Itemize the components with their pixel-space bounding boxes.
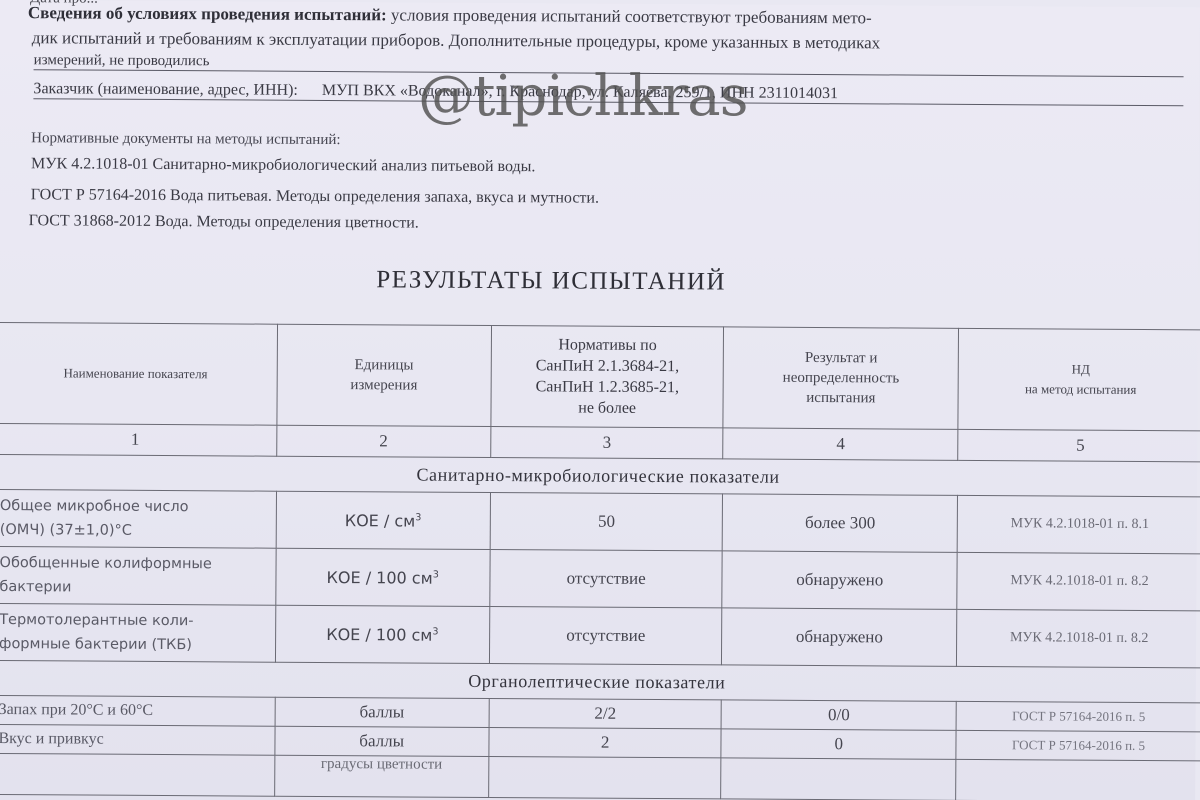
norm-cell: 2/2 [489,699,722,729]
normative-doc-item: ГОСТ 31868-2012 Вода. Методы определения… [29,212,419,232]
unit-text: КОЕ / 100 см [327,568,433,588]
normative-docs-title: Нормативные документы на методы испытани… [31,130,341,149]
unit-cell: КОЕ / см3 [276,491,491,549]
result-cell: 0 [721,729,956,759]
header-norms: Нормативы по СанПиН 2.1.3684-21, СанПиН … [491,326,724,428]
customer-label: Заказчик (наименование, адрес, ИНН): [33,80,298,99]
unit-text: КОЕ / см [345,511,416,530]
indicator-name-line: (ОМЧ) (37±1,0)°С [0,518,269,544]
unit-cell: КОЕ / 100 см3 [275,605,490,663]
indicator-name: Термотолерантные коли- формные бактерии … [0,603,275,662]
header-norms-line: СанПиН 1.2.3685-21, [497,376,717,398]
result-cell: обнаружено [722,551,957,609]
table-row: Обобщенные колиформные бактерии КОЕ / 10… [0,546,1200,610]
unit-cell: баллы [275,697,489,727]
norm-cell: отсутствие [489,607,722,665]
indicator-name-line: Общее микробное число [0,494,270,520]
norm-cell: 2 [489,728,722,758]
indicator-name: Общее микробное число (ОМЧ) (37±1,0)°С [0,489,276,548]
norm-cell: отсутствие [490,550,723,608]
method-cell [956,759,1200,800]
header-result-line: испытания [730,387,952,408]
unit-cell: КОЕ / 100 см3 [275,548,490,606]
indicator-name-line: Обобщенные колиформные [0,551,269,577]
result-cell: обнаружено [722,608,957,666]
header-indicator-name: Наименование показателя [0,322,277,425]
indicator-name-line: формные бактерии (ТКБ) [0,632,269,658]
header-norms-line: не более [497,397,717,419]
column-number: 4 [723,428,958,460]
unit-sup: 3 [415,512,421,523]
header-norms-line: СанПиН 2.1.3684-21, [498,355,718,377]
conditions-line-1: Сведения об условиях проведения испытани… [28,3,872,28]
method-cell: МУК 4.2.1018-01 п. 8.2 [957,609,1200,667]
conditions-text-1: условия проведения испытаний соответству… [387,5,872,27]
header-units-line: Единицы [283,355,484,376]
method-cell: МУК 4.2.1018-01 п. 8.2 [957,552,1200,610]
header-method-line: на метод испытания [965,379,1197,400]
result-cell: 0/0 [722,700,957,730]
method-cell: ГОСТ Р 57164-2016 п. 5 [956,701,1200,731]
header-units: Единицы измерения [277,324,492,426]
header-norms-line: Нормативы по [498,334,718,356]
method-cell: ГОСТ Р 57164-2016 п. 5 [956,730,1200,760]
normative-doc-item: ГОСТ Р 57164-2016 Вода питьевая. Методы … [31,186,599,207]
indicator-name: Запах при 20°С и 60°С [0,695,275,726]
unit-cell: баллы [275,726,489,756]
indicator-name: Вкус и привкус [0,724,275,755]
header-method: НД на метод испытания [958,328,1200,430]
result-cell: более 300 [723,494,958,552]
indicator-name-line: бактерии [0,575,269,601]
column-number: 5 [958,429,1200,461]
indicator-name: Обобщенные колиформные бактерии [0,546,276,605]
indicator-name-line: Термотолерантные коли- [0,608,269,634]
header-result: Результат и неопределенность испытания [723,327,958,429]
conditions-line-2: дик испытаний и требованиям к эксплуатац… [32,28,881,53]
indicator-name [0,753,275,796]
column-number: 1 [0,423,277,456]
table-row: Общее микробное число (ОМЧ) (37±1,0)°С К… [0,489,1200,553]
column-number: 3 [491,427,724,459]
normative-doc-item: МУК 4.2.1018-01 Санитарно-микробиологиче… [31,155,536,176]
watermark-text: @tipichkras [418,64,747,129]
column-number: 2 [276,425,490,457]
header-method-line: НД [965,359,1197,380]
unit-sup: 3 [432,626,438,637]
header-units-line: измерения [283,375,484,396]
results-title: РЕЗУЛЬТАТЫ ИСПЫТАНИЙ [376,266,726,296]
unit-sup: 3 [433,569,439,580]
table-row: Термотолерантные коли- формные бактерии … [0,603,1200,667]
unit-text: КОЕ / 100 см [326,625,432,645]
result-cell [721,758,956,800]
conditions-label: Сведения об условиях проведения испытани… [28,3,387,24]
method-cell: МУК 4.2.1018-01 п. 8.1 [957,495,1200,553]
header-result-line: неопределенность [730,367,952,388]
table-header-row: Наименование показателя Единицы измерени… [0,322,1200,430]
results-table: Наименование показателя Единицы измерени… [0,322,1200,800]
norm-cell [488,756,721,798]
header-result-line: Результат и [730,347,952,368]
norm-cell: 50 [490,493,723,551]
unit-cell: градусы цветности [274,755,488,797]
table-row-partial: градусы цветности [0,753,1200,800]
